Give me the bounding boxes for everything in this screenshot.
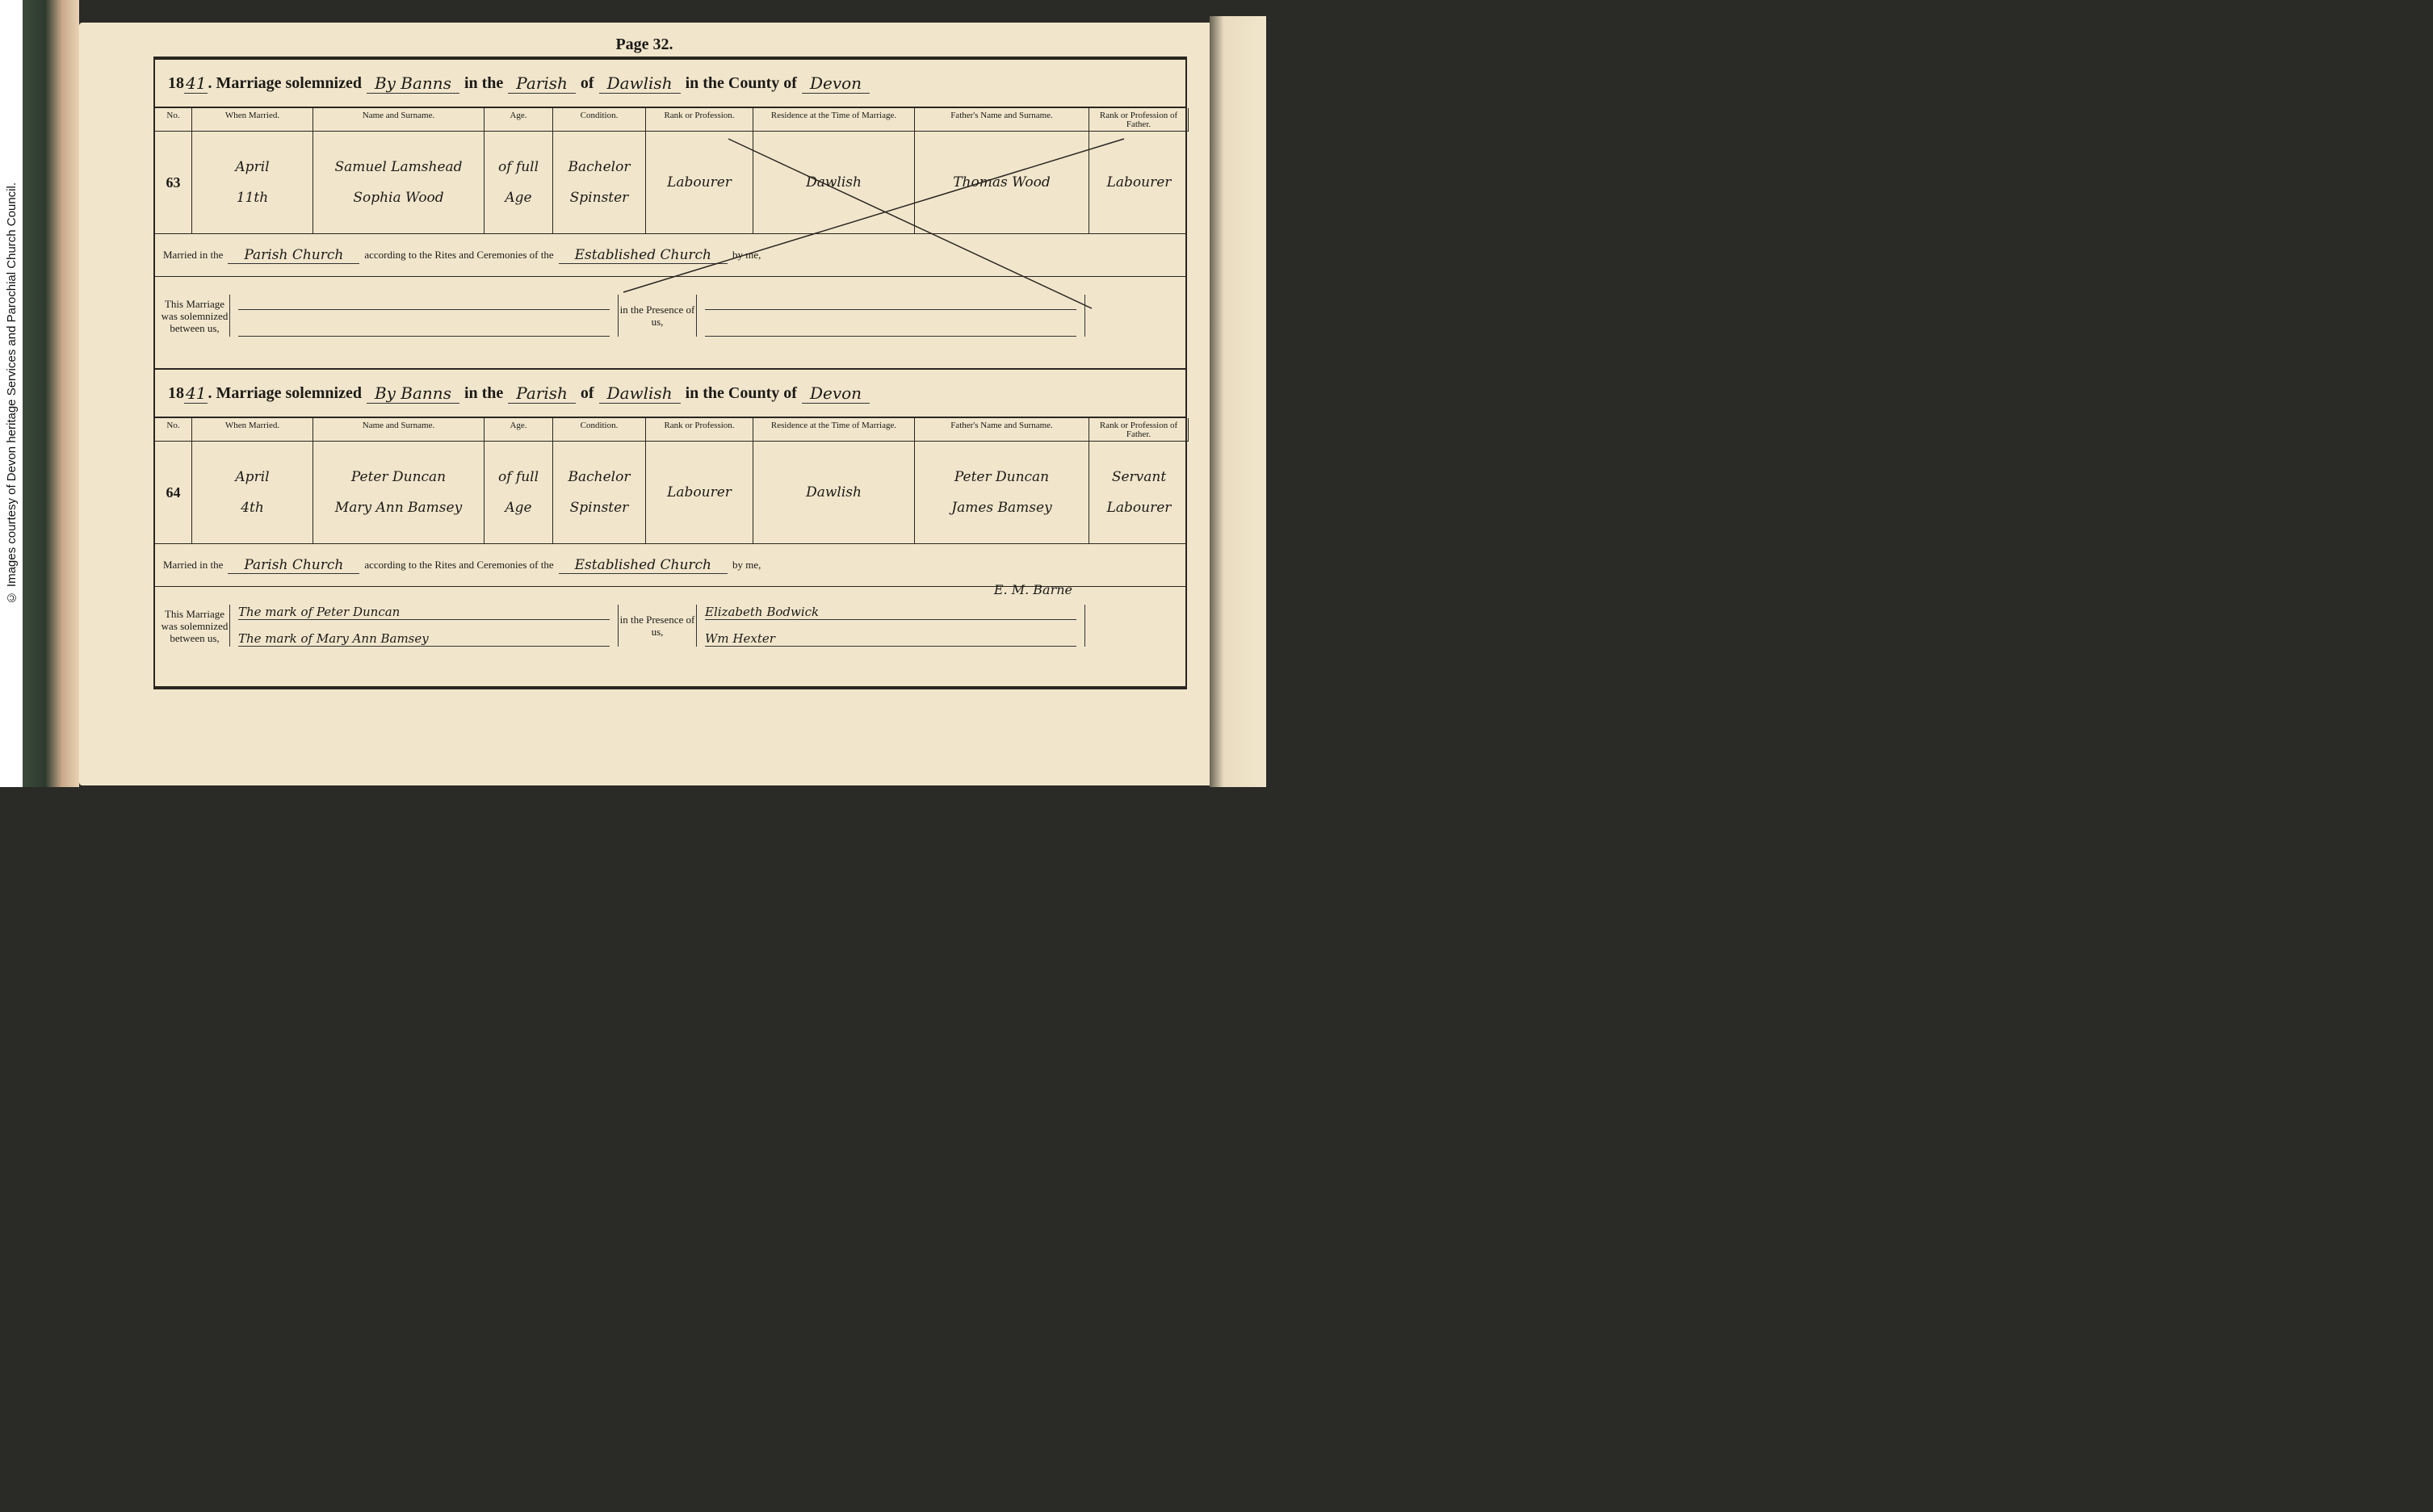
residence: Dawlish [753,442,915,543]
page-title: Page 32. [79,36,1210,54]
solemnized-by: By Banns [367,73,459,94]
image-credit: © Images courtesy of Devon heritage Serv… [0,0,23,787]
column-header: Rank or Profession. [646,108,753,132]
when-married: April4th [192,442,313,543]
column-header: Residence at the Time of Marriage. [753,418,915,442]
column-header: No. [155,418,192,442]
witness-signatures: Elizabeth Bodwick Wm Hexter [696,605,1085,647]
party-signatures [229,295,619,337]
rank: Labourer [646,442,753,543]
column-header: No. [155,108,192,132]
father-names: Thomas Wood [915,132,1089,233]
place: Dawlish [599,383,681,404]
father-ranks: Labourer [1089,132,1189,233]
rank: Labourer [646,132,753,233]
father-ranks: ServantLabourer [1089,442,1189,543]
column-header: Residence at the Time of Marriage. [753,108,915,132]
entry-number: 63 [155,132,192,233]
residence: Dawlish [753,132,915,233]
signatures: This Marriage was solemnized between us,… [155,277,1185,354]
marriage-entry-63: 1841. Marriage solemnized By Banns in th… [153,57,1187,370]
column-header: Rank or Profession of Father. [1089,418,1189,442]
age: of fullAge [485,132,553,233]
married-in-line: Married in the Parish Church according t… [155,234,1185,277]
names: Peter DuncanMary Ann Bamsey [313,442,485,543]
father-names: Peter DuncanJames Bamsey [915,442,1089,543]
place: Dawlish [599,73,681,94]
column-header: Name and Surname. [313,418,485,442]
column-header: Rank or Profession. [646,418,753,442]
column-header: Father's Name and Surname. [915,418,1089,442]
marriage-entry-64: 1841. Marriage solemnized By Banns in th… [153,368,1187,689]
solemnized-by: By Banns [367,383,459,404]
condition: BachelorSpinster [553,442,646,543]
entry-table: No. When Married. Name and Surname. Age.… [155,108,1185,234]
entry-heading: 1841. Marriage solemnized By Banns in th… [155,60,1185,108]
book-binding [23,0,79,787]
column-header: Father's Name and Surname. [915,108,1089,132]
column-header: Age. [485,108,553,132]
column-header: Condition. [553,108,646,132]
condition: BachelorSpinster [553,132,646,233]
column-header: Condition. [553,418,646,442]
county: Devon [802,383,870,404]
column-header: When Married. [192,418,313,442]
signatures: This Marriage was solemnized between us,… [155,587,1185,664]
county: Devon [802,73,870,94]
column-header: Age. [485,418,553,442]
age: of fullAge [485,442,553,543]
next-page-edge [1210,16,1266,787]
witness-signatures [696,295,1085,337]
column-header: When Married. [192,108,313,132]
entry-number: 64 [155,442,192,543]
party-signatures: The mark of Peter Duncan The mark of Mar… [229,605,619,647]
names: Samuel LamsheadSophia Wood [313,132,485,233]
married-in-line: Married in the Parish Church according t… [155,544,1185,587]
when-married: April11th [192,132,313,233]
minister-signature: E. M. Barne [994,582,1072,597]
entry-table: No. When Married. Name and Surname. Age.… [155,418,1185,544]
register-page: Page 32. 1841. Marriage solemnized By Ba… [79,23,1210,785]
column-header: Rank or Profession of Father. [1089,108,1189,132]
entry-heading: 1841. Marriage solemnized By Banns in th… [155,370,1185,418]
column-header: Name and Surname. [313,108,485,132]
